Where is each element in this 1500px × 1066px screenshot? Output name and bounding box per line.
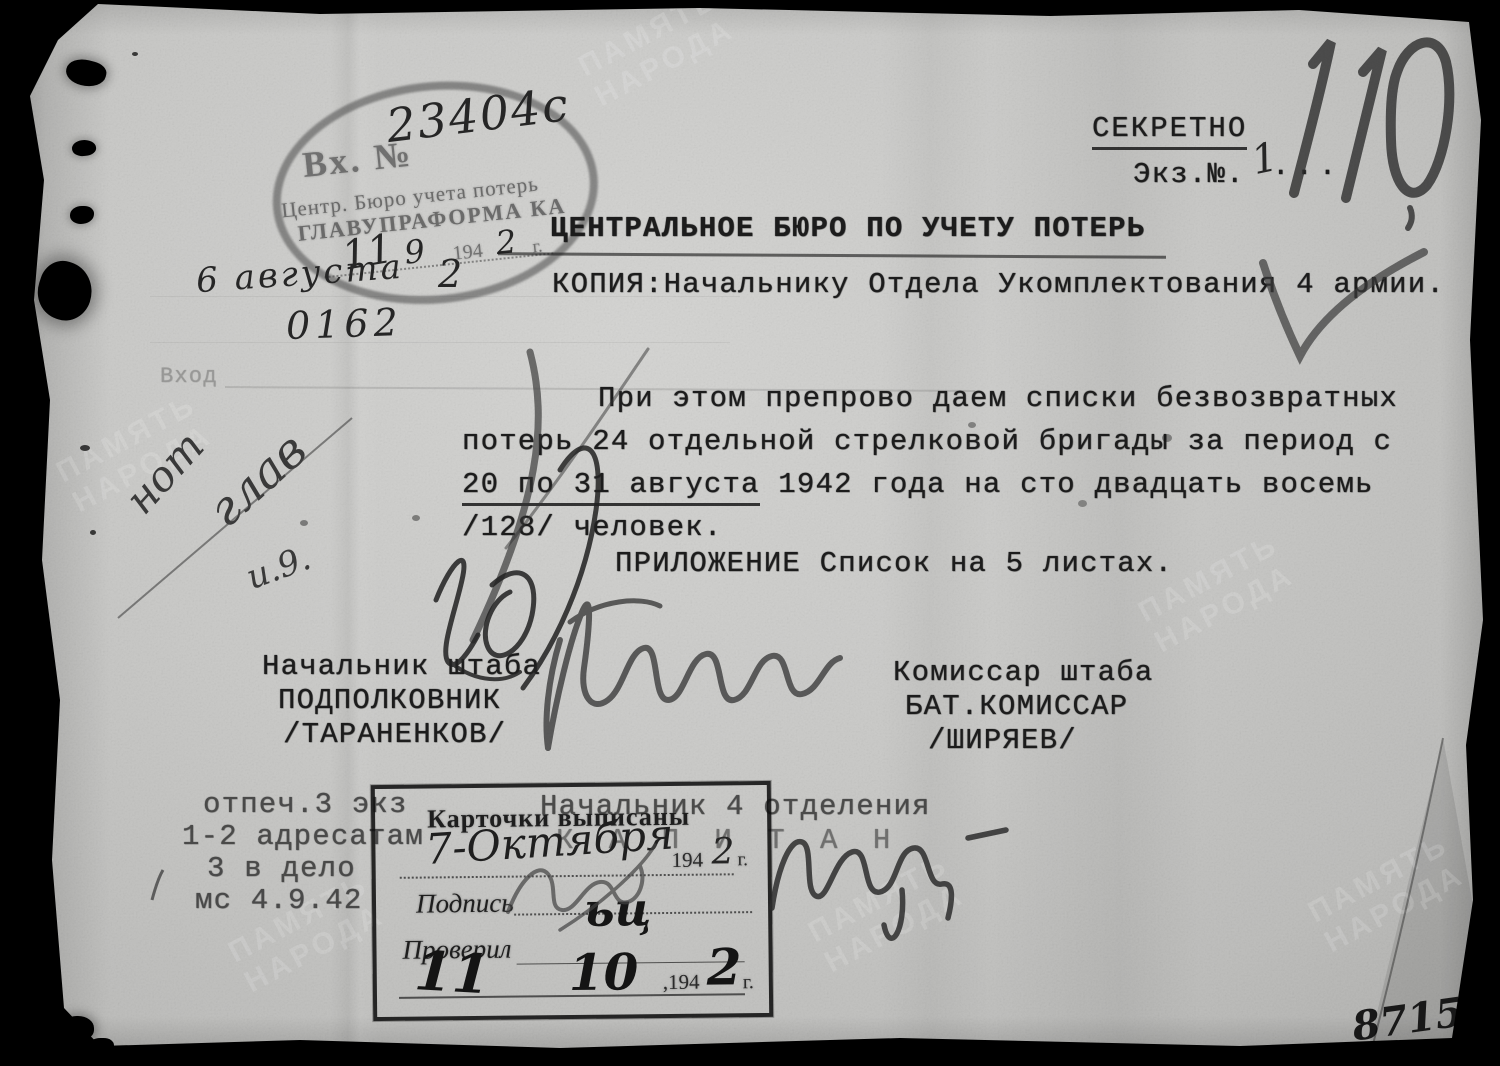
- card-day-handwritten: 11: [413, 938, 492, 1006]
- footer-tick-mark: [152, 870, 163, 900]
- paper-speck: [132, 52, 138, 56]
- attachment-line: ПРИЛОЖЕНИЕ Список на 5 листах.: [615, 547, 1173, 580]
- body-line: /128/ человек.: [462, 511, 722, 544]
- left-signer-title: Начальник штаба: [262, 650, 541, 683]
- paper-speck: [1078, 500, 1087, 507]
- card-year-handwritten: 2: [711, 831, 734, 872]
- margin-resolution-word: и.9.: [241, 538, 316, 598]
- paper-speck: [412, 515, 420, 521]
- card-month-handwritten: 10: [568, 942, 638, 1002]
- punch-hole: [63, 56, 108, 91]
- card-signature-label: Подпись: [416, 888, 514, 920]
- document-title: ЦЕНТРАЛЬНОЕ БЮРО ПО УЧЕТУ ПОТЕРЬ: [550, 212, 1145, 245]
- faint-label: Вход: [160, 364, 218, 389]
- card-bottom-year-suffix: г.: [743, 971, 754, 994]
- scanned-document: ПАМЯТЬ НАРОДА ПАМЯТЬ НАРОДА ПАМЯТЬ НАРОД…: [0, 0, 1500, 1066]
- left-signer-name: /ТАРАНЕНКОВ/: [283, 718, 506, 751]
- left-signer-rank: ПОДПОЛКОВНИК: [278, 684, 501, 717]
- copy-addressee-line: КОПИЯ:Начальнику Отдела Укомплектования …: [552, 268, 1445, 301]
- card-year-suffix: г.: [737, 849, 748, 871]
- punch-hole: [71, 138, 97, 157]
- crease-line: [150, 342, 730, 343]
- body-line: При этом препрово даем списки безвозврат…: [598, 382, 1398, 415]
- secrecy-text: СЕКРЕТНО: [1092, 112, 1247, 150]
- stamp-year-handwritten: 2: [494, 222, 518, 262]
- card-year-printed: 194: [671, 848, 703, 873]
- margin-copy-note: 2: [438, 252, 462, 296]
- paper-tear: [88, 1038, 114, 1056]
- copies-note-line: 3 в дело: [207, 852, 356, 885]
- paper-speck: [1162, 434, 1172, 442]
- card-date-line: [400, 873, 734, 878]
- paper-tear: [30, 255, 99, 327]
- paper-tear: [62, 1016, 94, 1040]
- secrecy-label: СЕКРЕТНО: [1092, 112, 1247, 145]
- card-bottom-year-handwritten: 2: [706, 937, 741, 996]
- body-line: 20 по 31 августа 1942 года на сто двадца…: [462, 468, 1374, 501]
- copies-note-line: мс 4.9.42: [195, 884, 362, 917]
- punch-hole: [70, 206, 94, 224]
- copy-number-dots: ...: [1272, 150, 1342, 183]
- signature-chief-of-staff: [547, 601, 841, 748]
- paper-speck: [968, 422, 976, 428]
- stamp-month-handwritten: 9: [402, 232, 426, 272]
- margin-number-note: 0162: [285, 300, 403, 348]
- card-stamp-box: Карточки выписаны 7-Октября 194 2 г. Под…: [371, 781, 773, 1021]
- right-signer-rank: БАТ.КОМИССАР: [905, 690, 1128, 723]
- right-signer-title: Комиссар штаба: [893, 656, 1153, 689]
- copy-number-label: Экз.№.: [1133, 158, 1245, 191]
- right-signer-name: /ШИРЯЕВ/: [928, 724, 1077, 757]
- paper-speck: [80, 445, 90, 451]
- paper-speck: [90, 530, 96, 535]
- paper-sheet: ПАМЯТЬ НАРОДА ПАМЯТЬ НАРОДА ПАМЯТЬ НАРОД…: [0, 0, 1500, 1066]
- watermark: ПАМЯТЬ НАРОДА: [803, 848, 971, 980]
- paper-speck: [300, 520, 308, 526]
- body-dates-underlined: 20 по 31 августа: [462, 468, 760, 506]
- pencil-number-110: [1294, 42, 1449, 228]
- card-bottom-year-printed: ,194: [663, 970, 700, 995]
- body-line-rest: 1942 года на сто двадцать восемь: [760, 468, 1374, 501]
- body-line: потерь 24 отдельной стрелковой бригады з…: [462, 425, 1392, 458]
- archive-page-number: 8715: [1349, 988, 1466, 1050]
- card-check-mark-handwritten: ьц: [584, 882, 652, 937]
